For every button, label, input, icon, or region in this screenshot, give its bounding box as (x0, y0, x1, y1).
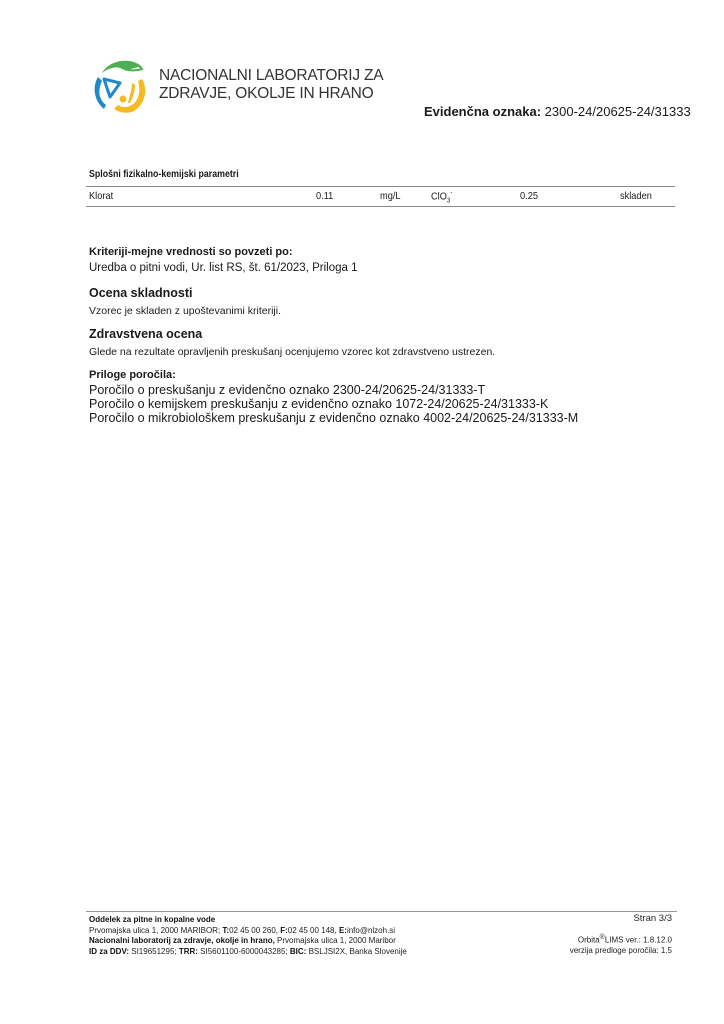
lims-version-text: LIMS ver.: 1.8.12.0 (605, 936, 672, 945)
fax-label: F: (280, 926, 288, 935)
phone: 02 45 00 260, (229, 926, 280, 935)
lims-version: Orbita®LIMS ver.: 1.8.12.0 verzija predl… (570, 933, 672, 956)
footer-divider-right (412, 911, 677, 912)
footer-meta: Stran 3/3 Orbita®LIMS ver.: 1.8.12.0 ver… (570, 913, 672, 956)
bic-label: BIC: (290, 947, 306, 956)
contact-line: Prvomajska ulica 1, 2000 MARIBOR; T:02 4… (89, 926, 407, 937)
lims-name: Orbita (578, 936, 600, 945)
org-name-line-1: Nacionalni laboratorij za (159, 67, 383, 85)
list-item: Poročilo o preskušanju z evidenčno oznak… (89, 383, 578, 397)
compliance-text: Vzorec je skladen z upoštevanimi kriteri… (89, 305, 281, 317)
criteria-text: Uredba o pitni vodi, Ur. list RS, št. 61… (89, 262, 357, 274)
footer-contact: Oddelek za pitne in kopalne vode Prvomaj… (89, 915, 407, 957)
results-table: Klorat 0.11 mg/L ClO3- 0.25 skladen (86, 186, 675, 207)
trr-label: TRR: (179, 947, 198, 956)
template-version: verzija predloge poročila: 1.5 (570, 946, 672, 956)
fax: 02 45 00 148, (288, 926, 339, 935)
compliance-title: Ocena skladnosti (89, 286, 281, 300)
vat: SI19651295; (129, 947, 179, 956)
health-section: Zdravstvena ocena Glede na rezultate opr… (89, 327, 495, 358)
page-number: Stran 3/3 (570, 913, 672, 924)
attachments-title: Priloge poročila: (89, 369, 578, 381)
compliance-section: Ocena skladnosti Vzorec je skladen z upo… (89, 286, 281, 317)
unit: mg/L (380, 190, 401, 202)
email-link[interactable]: info@nlzoh.si (347, 926, 395, 935)
list-item: Poročilo o kemijskem preskušanju z evide… (89, 397, 578, 411)
compliance-status: skladen (620, 190, 652, 202)
reference-label: Evidenčna oznaka: (424, 104, 541, 119)
list-item: Poročilo o mikrobiološkem preskušanju z … (89, 411, 578, 425)
vat-label: ID za DDV: (89, 947, 129, 956)
nlzoh-logo-icon (90, 55, 152, 117)
department-name: Oddelek za pitne in kopalne vode (89, 915, 215, 924)
expressed-as-sub: 3 (447, 198, 450, 205)
reference-value: 2300-24/20625-24/31333 (545, 104, 691, 119)
limit-value: 0.25 (520, 190, 538, 202)
trr: SI5601100-6000043285; (198, 947, 290, 956)
tax-line: ID za DDV: SI19651295; TRR: SI5601100-60… (89, 947, 407, 958)
attachments-list: Poročilo o preskušanju z evidenčno oznak… (89, 383, 578, 425)
footer-divider-left (86, 911, 412, 912)
attachments-section: Priloge poročila: Poročilo o preskušanju… (89, 369, 578, 425)
address: Prvomajska ulica 1, 2000 MARIBOR; (89, 926, 222, 935)
email-label: E: (339, 926, 347, 935)
org-line: Nacionalni laboratorij za zdravje, okolj… (89, 936, 407, 947)
expressed-as-sup: - (450, 190, 452, 197)
health-title: Zdravstvena ocena (89, 327, 495, 341)
org-address: Prvomajska ulica 1, 2000 Maribor (275, 936, 396, 945)
parameter-name: Klorat (89, 190, 113, 202)
measured-value: 0.11 (316, 190, 333, 202)
criteria-section: Kriteriji-mejne vrednosti so povzeti po:… (89, 246, 357, 274)
organization-name: Nacionalni laboratorij za zdravje, okolj… (159, 67, 383, 103)
criteria-title: Kriteriji-mejne vrednosti so povzeti po: (89, 246, 357, 258)
health-text: Glede na rezultate opravljenih preskušan… (89, 346, 495, 358)
reference-number: Evidenčna oznaka: 2300-24/20625-24/31333 (424, 104, 691, 119)
expressed-as-base: ClO (431, 191, 447, 203)
bic: BSLJSI2X, Banka Slovenije (306, 947, 407, 956)
expressed-as: ClO3- (431, 190, 452, 205)
org-name-line-2: zdravje, okolje in hrano (159, 85, 383, 103)
org-name-footer: Nacionalni laboratorij za zdravje, okolj… (89, 936, 275, 945)
results-section-title: Splošni fizikalno-kemijski parametri (89, 169, 239, 180)
